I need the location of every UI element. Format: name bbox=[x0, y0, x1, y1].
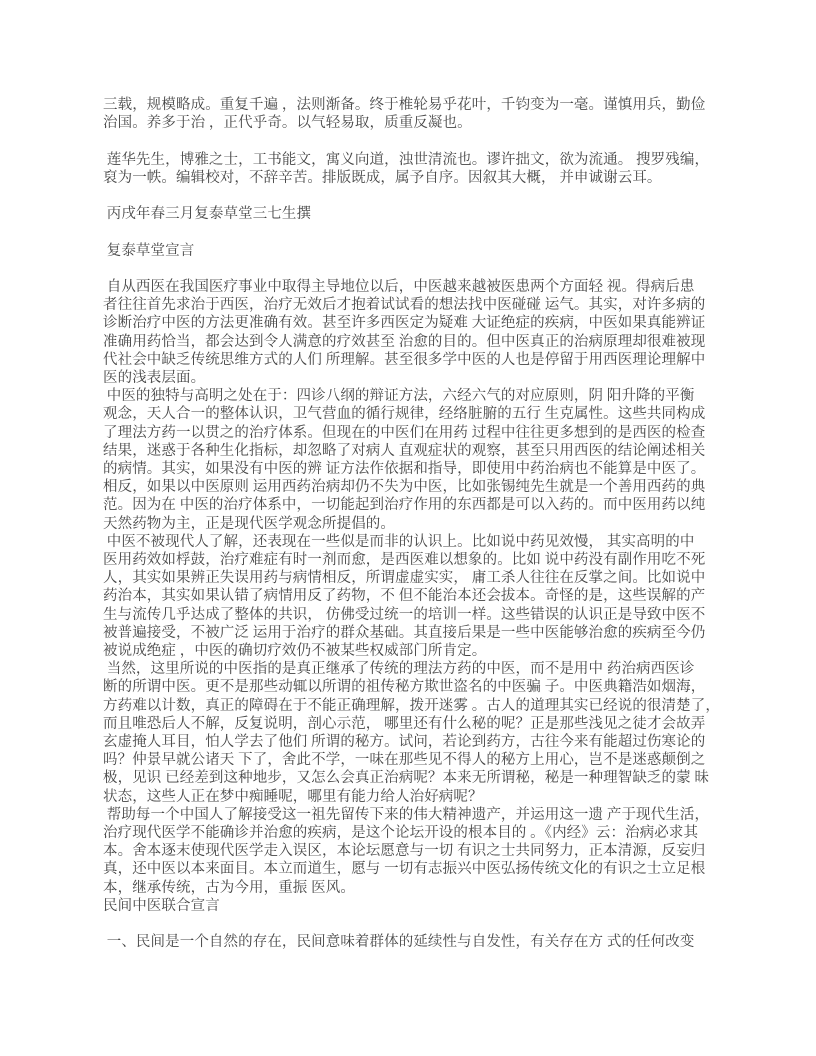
manifesto-paragraph-3: 中医不被现代人了解，还表现在一些似是而非的认识上。比如说中药见效慢， 其实高明的… bbox=[103, 533, 763, 660]
document-page: 三载，规模略成。重复千遍 ，法则渐备。终于椎轮易乎花叶，千钧变为一毫。谨慎用兵，… bbox=[103, 96, 763, 951]
manifesto-paragraph-5: 帮助每一个中国人了解接受这一祖先留传下来的伟大精神遗产，并运用这一遗 产于现代生… bbox=[103, 806, 763, 897]
manifesto-paragraph-4: 当然，这里所说的中医指的是真正继承了传统的理法方药的中医，而不是用中 药治病西医… bbox=[103, 660, 763, 806]
paragraph-preface-acknowledgement: 莲华先生，博雅之士，工书能文，寓义向道，浊世清流也。谬许拙文，欲为流通。 搜罗残… bbox=[103, 151, 763, 187]
preface-signature-line: 丙戌年春三月复泰草堂三七生撰 bbox=[103, 205, 763, 223]
manifesto-paragraph-2: 中医的独特与高明之处在于：四诊八纲的辩证方法，六经六气的对应原则，阴 阳升降的平… bbox=[103, 387, 763, 533]
folk-tcm-declaration-title: 民间中医联合宣言 bbox=[103, 897, 763, 915]
manifesto-paragraph-1: 自从西医在我国医疗事业中取得主导地位以后，中医越来越被医患两个方面轻 视。得病后… bbox=[103, 278, 763, 387]
declaration-item-1: 一、民间是一个自然的存在，民间意味着群体的延续性与自发性，有关存在方 式的任何改… bbox=[103, 933, 763, 951]
futai-manifesto-title: 复泰草堂宣言 bbox=[103, 242, 763, 260]
paragraph-preface-continued: 三载，规模略成。重复千遍 ，法则渐备。终于椎轮易乎花叶，千钧变为一毫。谨慎用兵，… bbox=[103, 96, 763, 132]
